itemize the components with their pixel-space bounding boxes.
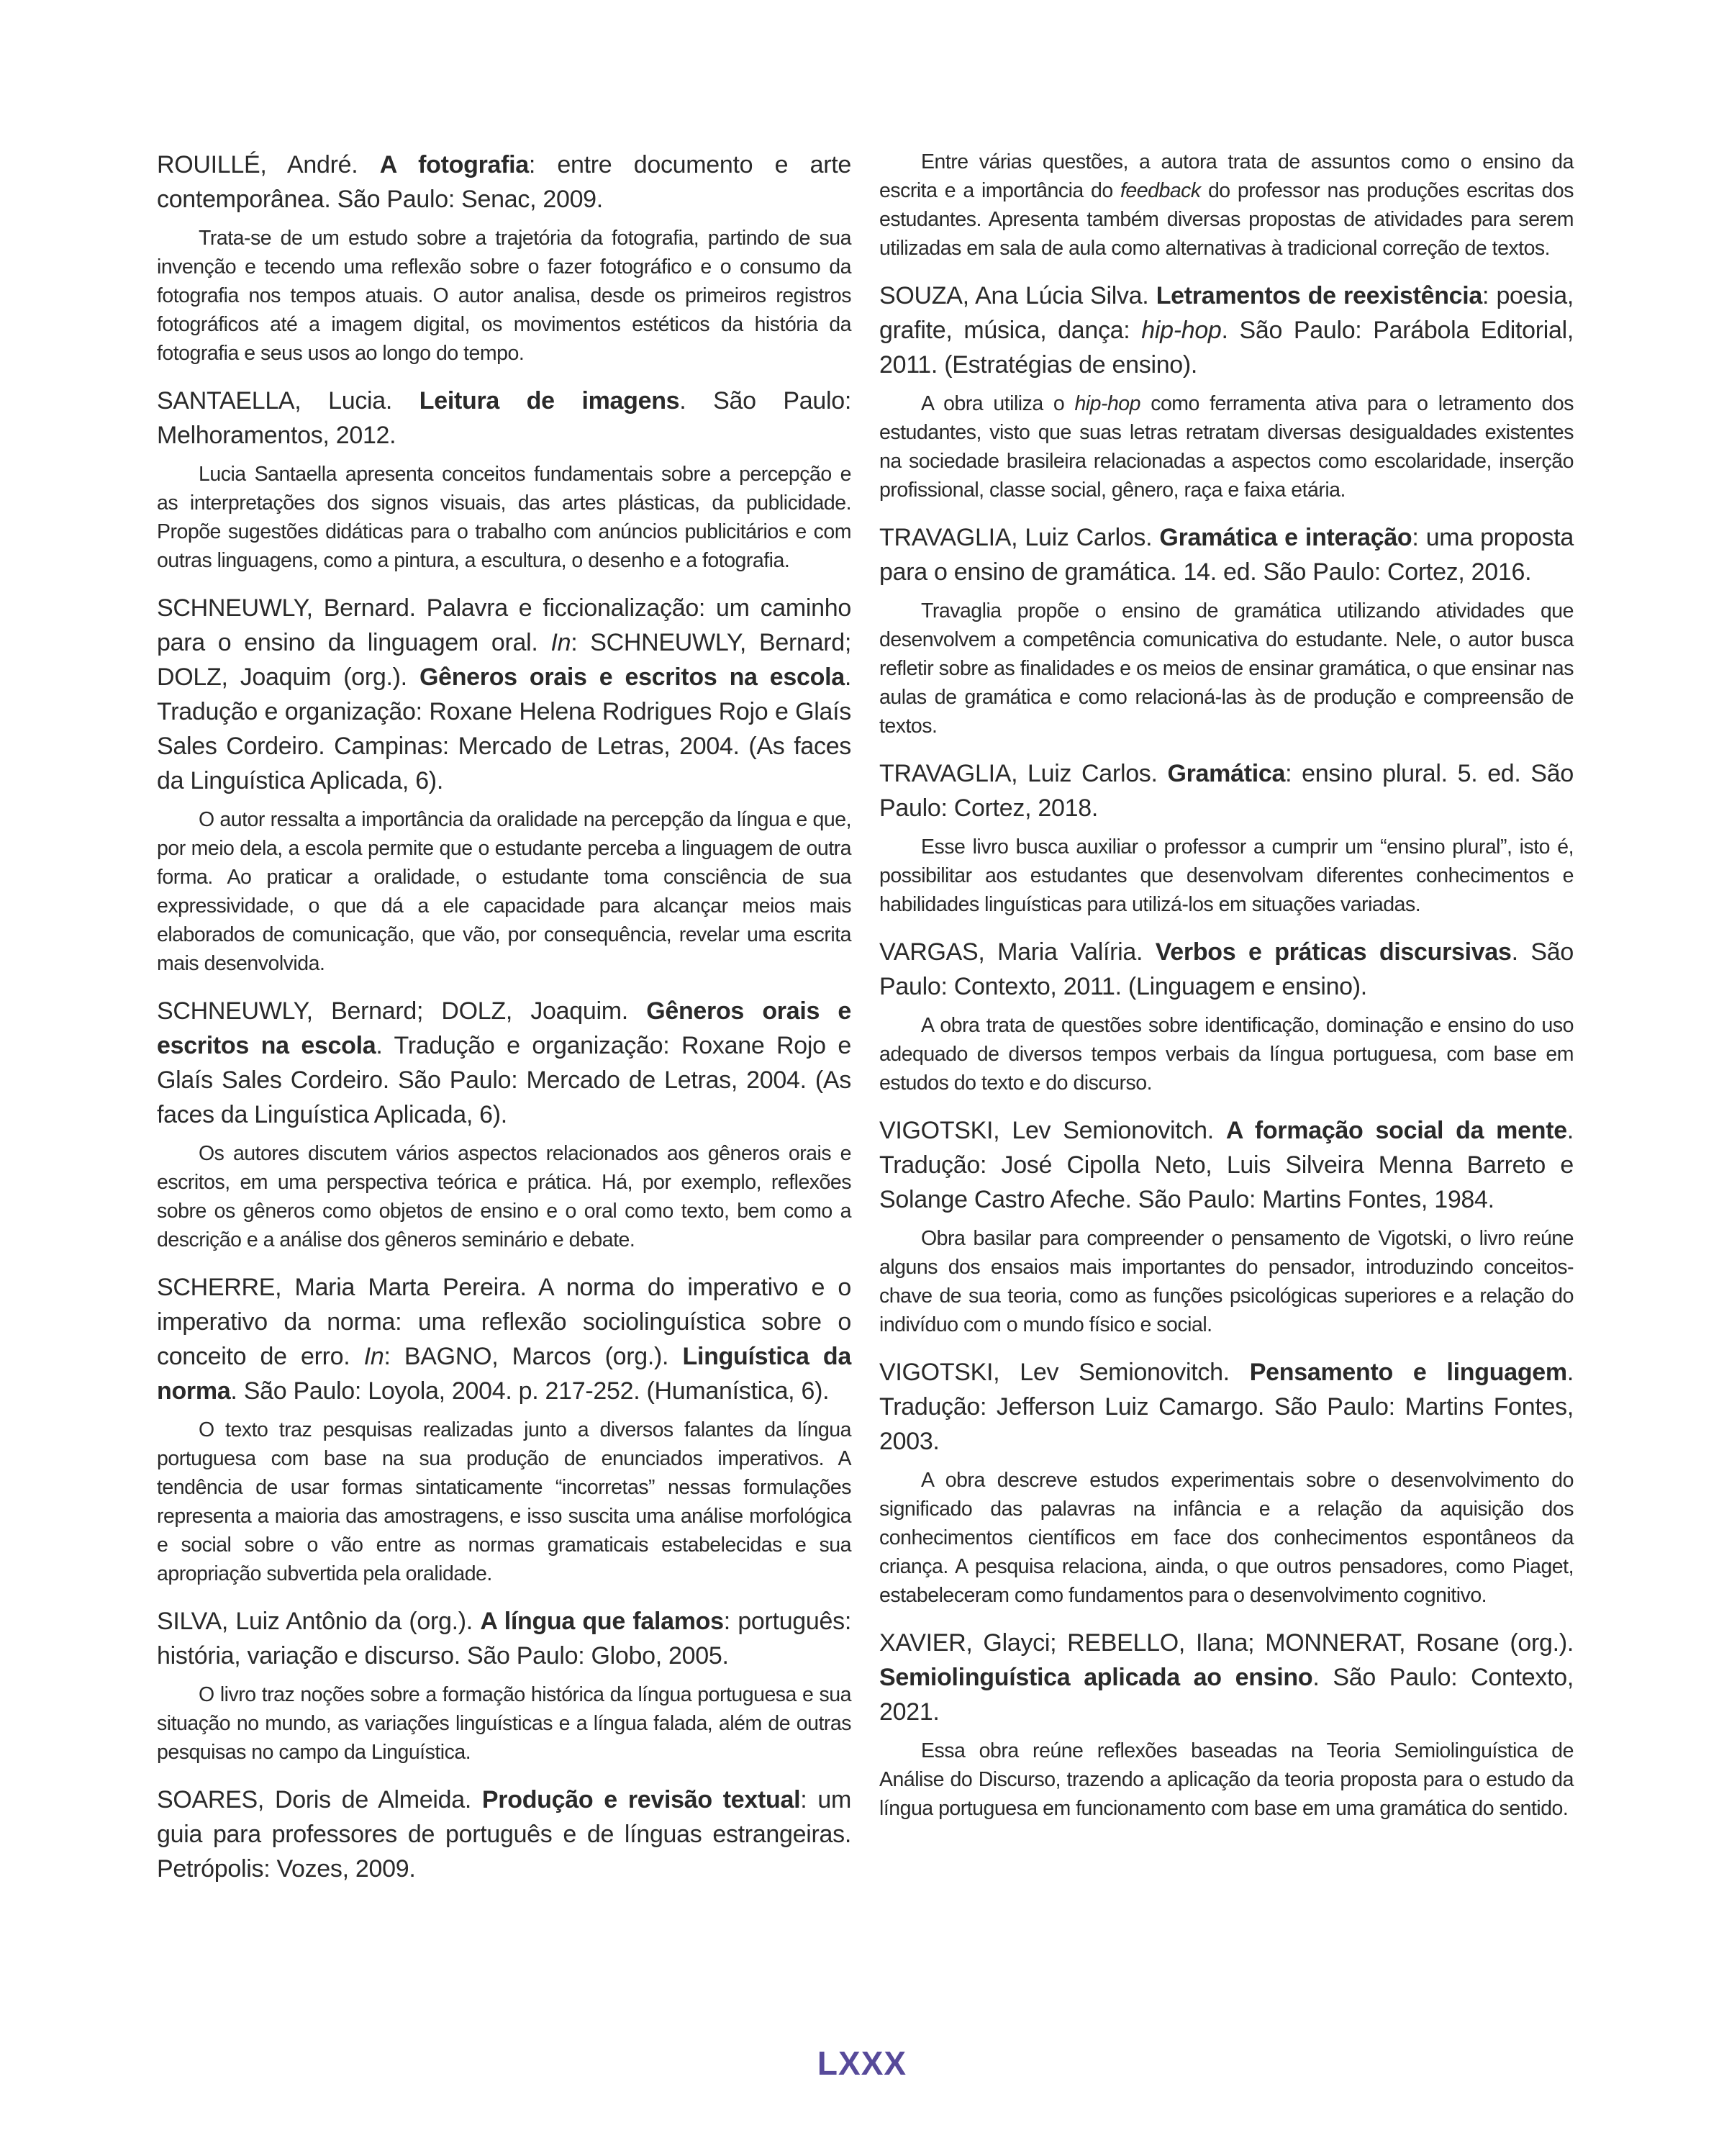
annotation-text: A obra utiliza o	[921, 392, 1074, 415]
bibliography-entry: TRAVAGLIA, Luiz Carlos. Gramática e inte…	[879, 520, 1574, 740]
book-title: Gramática	[1167, 760, 1285, 787]
author: ROUILLÉ, André.	[157, 151, 380, 178]
publication-italic: hip-hop	[1141, 317, 1221, 344]
author: TRAVAGLIA, Luiz Carlos.	[879, 524, 1159, 551]
page-number: LXXX	[0, 2044, 1724, 2083]
continued-annotation: Entre várias questões, a autora trata de…	[879, 148, 1574, 263]
annotation: A obra descreve estudos experimentais so…	[879, 1466, 1574, 1610]
publication-info: . São Paulo: Loyola, 2004. p. 217-252. (…	[230, 1377, 829, 1405]
reference: XAVIER, Glayci; REBELLO, Ilana; MONNERAT…	[879, 1626, 1574, 1729]
author: XAVIER, Glayci; REBELLO, Ilana; MONNERAT…	[879, 1629, 1574, 1657]
author: SCHNEUWLY, Bernard; DOLZ, Joaquim.	[157, 997, 646, 1025]
author: VIGOTSKI, Lev Semionovitch.	[879, 1359, 1250, 1386]
reference: SILVA, Luiz Antônio da (org.). A língua …	[157, 1604, 851, 1673]
annotation-italic: feedback	[1120, 179, 1201, 202]
annotation: O texto traz pesquisas realizadas junto …	[157, 1416, 851, 1588]
bibliography-entry: VIGOTSKI, Lev Semionovitch. A formação s…	[879, 1113, 1574, 1339]
book-title: Gêneros orais e escritos na escola	[419, 663, 845, 691]
annotation: Obra basilar para compreender o pensamen…	[879, 1224, 1574, 1339]
bibliography-entry: SILVA, Luiz Antônio da (org.). A língua …	[157, 1604, 851, 1767]
bibliography-entry: SANTAELLA, Lucia. Leitura de imagens. Sã…	[157, 384, 851, 575]
in-label: In	[550, 629, 571, 656]
annotation: Esse livro busca auxiliar o professor a …	[879, 833, 1574, 919]
reference: TRAVAGLIA, Luiz Carlos. Gramática e inte…	[879, 520, 1574, 589]
annotation: Travaglia propõe o ensino de gramática u…	[879, 597, 1574, 740]
left-column: ROUILLÉ, André. A fotografia: entre docu…	[157, 148, 851, 1902]
reference: SCHNEUWLY, Bernard; DOLZ, Joaquim. Gêner…	[157, 994, 851, 1132]
reference: SOUZA, Ana Lúcia Silva. Letramentos de r…	[879, 278, 1574, 382]
reference: SCHERRE, Maria Marta Pereira. A norma do…	[157, 1270, 851, 1408]
book-title: Leitura de imagens	[419, 387, 680, 415]
annotation: Entre várias questões, a autora trata de…	[879, 148, 1574, 263]
author: TRAVAGLIA, Luiz Carlos.	[879, 760, 1167, 787]
reference: SOARES, Doris de Almeida. Produção e rev…	[157, 1783, 851, 1886]
book-title: Letramentos de reexistência	[1156, 282, 1482, 309]
annotation: A obra trata de questões sobre identific…	[879, 1011, 1574, 1097]
author: SOUZA, Ana Lúcia Silva.	[879, 282, 1156, 309]
bibliography-entry: SCHNEUWLY, Bernard. Palavra e ficcionali…	[157, 591, 851, 978]
right-column: Entre várias questões, a autora trata de…	[879, 148, 1574, 1839]
bibliography-entry: SCHNEUWLY, Bernard; DOLZ, Joaquim. Gêner…	[157, 994, 851, 1254]
reference: VIGOTSKI, Lev Semionovitch. Pensamento e…	[879, 1355, 1574, 1459]
annotation: O livro traz noções sobre a formação his…	[157, 1680, 851, 1767]
annotation: Essa obra reúne reflexões baseadas na Te…	[879, 1736, 1574, 1823]
reference: VIGOTSKI, Lev Semionovitch. A formação s…	[879, 1113, 1574, 1217]
annotation: Lucia Santaella apresenta conceitos fund…	[157, 460, 851, 575]
book-title: A formação social da mente	[1226, 1117, 1567, 1144]
bibliography-entry: TRAVAGLIA, Luiz Carlos. Gramática: ensin…	[879, 756, 1574, 919]
author: VIGOTSKI, Lev Semionovitch.	[879, 1117, 1226, 1144]
reference: SANTAELLA, Lucia. Leitura de imagens. Sã…	[157, 384, 851, 453]
bibliography-entry: SCHERRE, Maria Marta Pereira. A norma do…	[157, 1270, 851, 1588]
in-label: In	[364, 1343, 384, 1370]
bibliography-entry: VIGOTSKI, Lev Semionovitch. Pensamento e…	[879, 1355, 1574, 1610]
book-title: Verbos e práticas discursivas	[1156, 938, 1512, 966]
book-title: Produção e revisão textual	[482, 1786, 800, 1813]
book-title: Gramática e interação	[1159, 524, 1412, 551]
annotation: A obra utiliza o hip-hop como ferramenta…	[879, 389, 1574, 504]
annotation-italic: hip-hop	[1074, 392, 1140, 415]
annotation: O autor ressalta a importância da oralid…	[157, 805, 851, 978]
bibliography-entry: VARGAS, Maria Valíria. Verbos e práticas…	[879, 935, 1574, 1097]
book-title: A fotografia	[380, 151, 529, 178]
author: SILVA, Luiz Antônio da (org.).	[157, 1608, 480, 1635]
bibliography-entry: SOARES, Doris de Almeida. Produção e rev…	[157, 1783, 851, 1886]
bibliography-entry: SOUZA, Ana Lúcia Silva. Letramentos de r…	[879, 278, 1574, 504]
bibliography-entry: XAVIER, Glayci; REBELLO, Ilana; MONNERAT…	[879, 1626, 1574, 1823]
book-title: Pensamento e linguagem	[1250, 1359, 1567, 1386]
annotation: Os autores discutem vários aspectos rela…	[157, 1139, 851, 1254]
annotation: Trata-se de um estudo sobre a trajetória…	[157, 224, 851, 368]
author: SANTAELLA, Lucia.	[157, 387, 419, 415]
bibliography-entry: ROUILLÉ, André. A fotografia: entre docu…	[157, 148, 851, 368]
author: VARGAS, Maria Valíria.	[879, 938, 1156, 966]
reference: TRAVAGLIA, Luiz Carlos. Gramática: ensin…	[879, 756, 1574, 825]
author: SOARES, Doris de Almeida.	[157, 1786, 482, 1813]
book-title: A língua que falamos	[480, 1608, 723, 1635]
reference: ROUILLÉ, André. A fotografia: entre docu…	[157, 148, 851, 217]
reference: SCHNEUWLY, Bernard. Palavra e ficcionali…	[157, 591, 851, 798]
reference: VARGAS, Maria Valíria. Verbos e práticas…	[879, 935, 1574, 1004]
book-title: Semiolinguística aplicada ao ensino	[879, 1664, 1312, 1691]
editors: : BAGNO, Marcos (org.).	[384, 1343, 683, 1370]
